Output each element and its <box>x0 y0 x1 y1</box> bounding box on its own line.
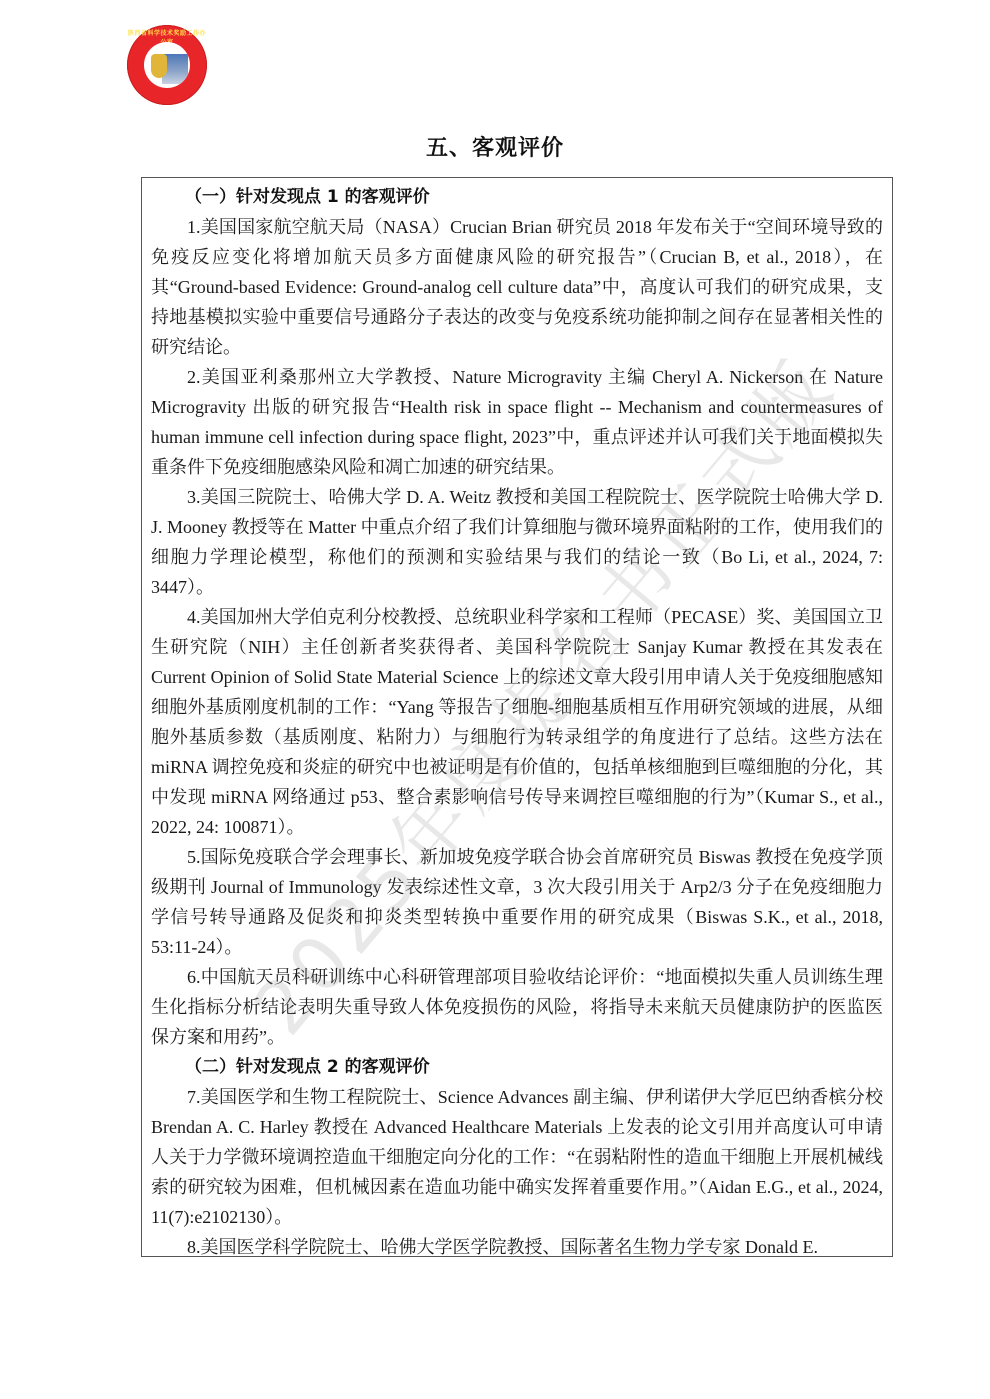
organization-seal-logo: 陕西省科学技术奖励工作办公室 <box>127 25 207 105</box>
evaluation-item-2: 2.美国亚利桑那州立大学教授、Nature Microgravity 主编 Ch… <box>151 362 883 482</box>
evaluation-box: （一）针对发现点 1 的客观评价 1.美国国家航空航天局（NASA）Crucia… <box>141 177 893 1257</box>
evaluation-item-5: 5.国际免疫联合学会理事长、新加坡免疫学联合协会首席研究员 Biswas 教授在… <box>151 842 883 962</box>
section-heading-2: （二）针对发现点 2 的客观评价 <box>151 1052 883 1082</box>
section-heading-1: （一）针对发现点 1 的客观评价 <box>151 182 883 212</box>
trophy-icon <box>151 54 167 78</box>
evaluation-item-7: 7.美国医学和生物工程院院士、Science Advances 副主编、伊利诺伊… <box>151 1082 883 1232</box>
seal-center-image <box>144 42 190 88</box>
evaluation-item-8: 8.美国医学科学院院士、哈佛大学医学院教授、国际著名生物力学专家 Donald … <box>151 1232 883 1257</box>
evaluation-item-1: 1.美国国家航空航天局（NASA）Crucian Brian 研究员 2018 … <box>151 212 883 362</box>
evaluation-item-4: 4.美国加州大学伯克利分校教授、总统职业科学家和工程师（PECASE）奖、美国国… <box>151 602 883 842</box>
evaluation-item-6: 6.中国航天员科研训练中心科研管理部项目验收结论评价：“地面模拟失重人员训练生理… <box>151 962 883 1052</box>
evaluation-item-3: 3.美国三院院士、哈佛大学 D. A. Weitz 教授和美国工程院院士、医学院… <box>151 482 883 602</box>
page-title: 五、客观评价 <box>0 131 990 162</box>
